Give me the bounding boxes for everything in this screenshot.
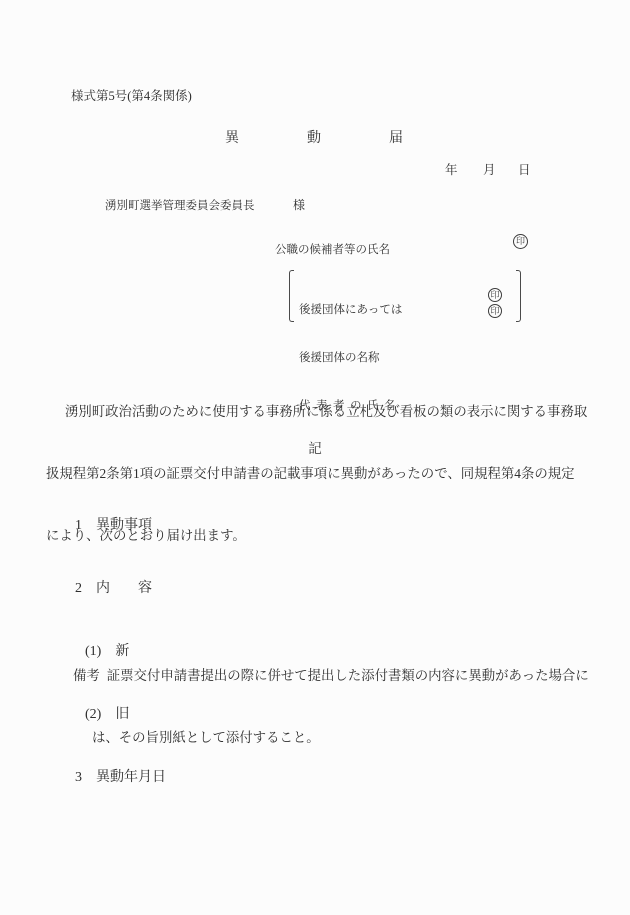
note-block: 備考証票交付申請書提出の際に併せて提出した添付書類の内容に異動があった場合に は…	[73, 625, 593, 789]
seal-glyph: 印	[490, 307, 499, 316]
note-label: 備考	[73, 668, 100, 683]
representative-seal-icon: 印	[488, 304, 502, 318]
note-line-2: は、その旨別紙として添付すること。	[73, 728, 593, 749]
body-line-1: 湧別町政治活動のために使用する事務所に係る立札及び看板の類の表示に関する事務取	[46, 402, 591, 423]
support-group-line-1: 後援団体にあっては	[299, 302, 402, 318]
note-text: 証票交付申請書提出の際に併せて提出した添付書類の内容に異動があった場合に	[107, 668, 589, 683]
date-month-label: 月	[483, 160, 496, 178]
seal-glyph: 印	[490, 291, 499, 300]
candidate-seal-icon: 印	[513, 234, 528, 249]
document-title: 異 動 届	[225, 127, 430, 147]
left-bracket	[289, 270, 294, 322]
form-number: 様式第5号(第4条関係)	[71, 86, 192, 104]
right-bracket	[516, 270, 521, 322]
ki-heading: 記	[0, 437, 630, 457]
group-name-seal-icon: 印	[488, 288, 502, 302]
list-item-content: 2 内 容	[75, 578, 166, 599]
addressee-honorific: 様	[293, 196, 305, 213]
document-page: 様式第5号(第4条関係) 異 動 届 年 月 日 湧別町選挙管理委員会委員長 様…	[0, 0, 630, 915]
note-line-1: 備考証票交付申請書提出の際に併せて提出した添付書類の内容に異動があった場合に	[73, 666, 593, 687]
date-year-label: 年	[445, 160, 458, 178]
candidate-name-label: 公職の候補者等の氏名	[275, 241, 390, 257]
addressee-name: 湧別町選挙管理委員会委員長	[105, 197, 255, 213]
list-item-change-matter: 1 異動事項	[75, 515, 166, 536]
seal-glyph: 印	[516, 237, 525, 246]
date-day-label: 日	[518, 160, 531, 178]
